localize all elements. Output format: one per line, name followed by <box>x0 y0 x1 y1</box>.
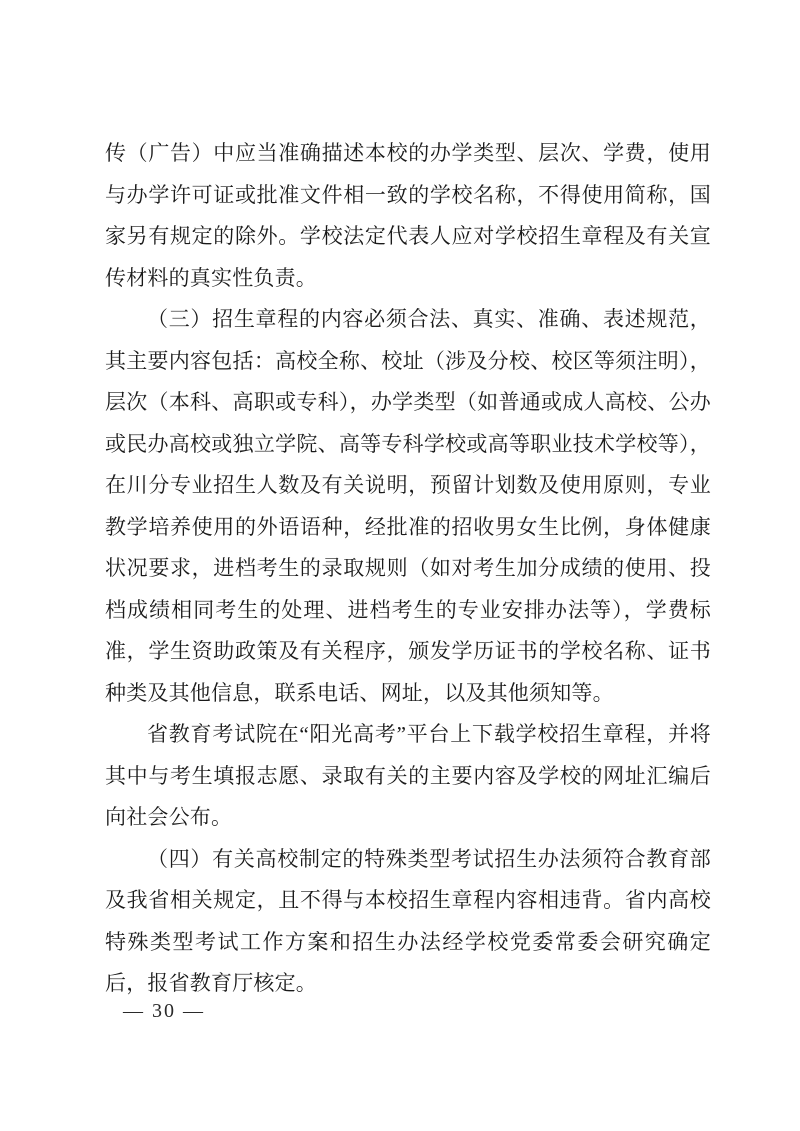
page-footer: — 30 — <box>123 1000 205 1023</box>
paragraph-continuation: 传（广告）中应当准确描述本校的办学类型、层次、学费，使用与办学许可证或批准文件相… <box>105 133 711 299</box>
document-body: 传（广告）中应当准确描述本校的办学类型、层次、学费，使用与办学许可证或批准文件相… <box>105 133 711 1005</box>
document-page: 传（广告）中应当准确描述本校的办学类型、层次、学费，使用与办学许可证或批准文件相… <box>0 0 800 1131</box>
page-number: — 30 — <box>123 1000 205 1022</box>
paragraph-item-four: （四）有关高校制定的特殊类型考试招生办法须符合教育部及我省相关规定，且不得与本校… <box>105 839 711 1005</box>
paragraph-item-three: （三）招生章程的内容必须合法、真实、准确、表述规范，其主要内容包括：高校全称、校… <box>105 299 711 714</box>
paragraph-exam-platform: 省教育考试院在“阳光高考”平台上下载学校招生章程，并将其中与考生填报志愿、录取有… <box>105 714 711 839</box>
